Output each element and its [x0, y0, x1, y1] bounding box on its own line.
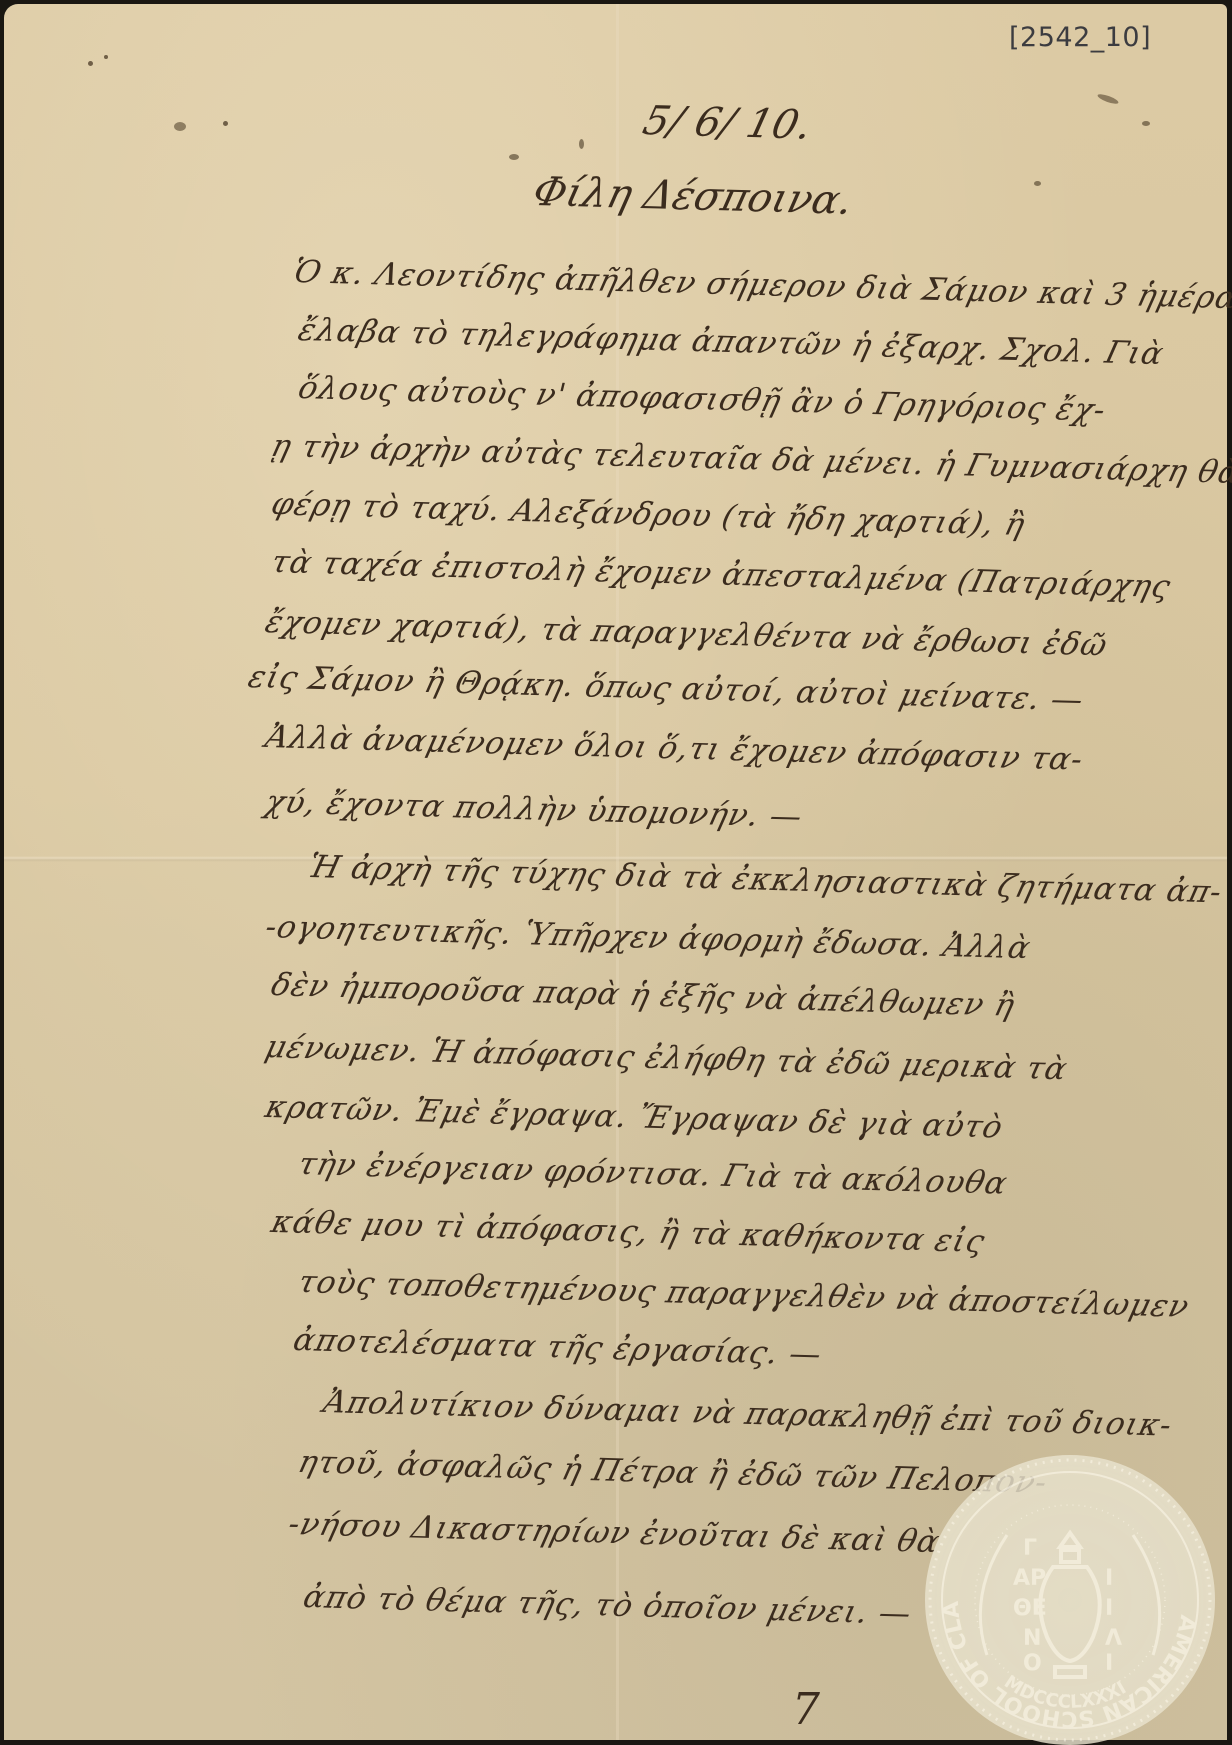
body-line: ἔχομεν χαρτιά), τὰ παραγγελθέντα νὰ ἔρθω… [262, 604, 1112, 663]
body-line: Ἀπολυτίκιον δύναμαι νὰ παρακληθῇ ἐπὶ τοῦ… [320, 1384, 1176, 1443]
body-line: τοὺς τοποθετημένους παραγγελθὲν νὰ ἀποστ… [295, 1264, 1193, 1325]
body-line: Ἀλλὰ ἀναμένομεν ὅλοι ὅ,τι ἔχομεν ἀπόφασι… [262, 719, 1088, 778]
body-line: κρατῶν. Ἐμὲ ἔγραψα. Ἔγραψαν δὲ γιὰ αὐτὸ [262, 1089, 1007, 1145]
ink-stain [579, 139, 584, 149]
watermark-seal: AMERICAN SCHOOL OF CLASSICAL STUDIES AT … [925, 1455, 1215, 1745]
body-line: -ογοητευτικῆς. Ὑπῆρχεν ἀφορμὴ ἔδωσα. Ἀλλ… [262, 909, 1035, 966]
body-line: Ὁ κ. Λεοντίδης ἀπῆλθεν σήμερον διὰ Σάμον… [290, 254, 1232, 317]
body-line: ῃ τὴν ἀρχὴν αὐτὰς τελευταῖα δὰ μένει. ἡ … [268, 428, 1232, 491]
svg-text:Ι: Ι [1105, 1596, 1113, 1621]
ink-stain [174, 122, 186, 131]
ink-speck [1034, 181, 1041, 186]
archive-number: [2542_10] [1009, 22, 1151, 53]
ink-stain [509, 154, 519, 160]
svg-text:Ν: Ν [1023, 1626, 1041, 1651]
body-line: μένωμεν. Ἡ ἀπόφασις ἐλήφθη τὰ ἐδῶ μερικὰ… [262, 1029, 1072, 1087]
body-line: τὴν ἐνέργειαν φρόντισα. Γιὰ τὰ ακόλουθα [295, 1146, 1012, 1202]
salutation: Φίλη Δέσποινα. [528, 169, 857, 224]
svg-text:Ι: Ι [1105, 1651, 1113, 1676]
ink-speck [223, 121, 228, 126]
body-line: δὲν ἠμποροῦσα παρὰ ἡ ἐξῆς νὰ ἀπέλθωμεν ἢ [268, 967, 1019, 1024]
body-line: φέρῃ τὸ ταχύ. Αλεξάνδρου (τὰ ἤδη χαρτιά)… [268, 486, 1029, 543]
body-line: εἰς Σάμον ἢ Θρᾴκη. ὅπως αὐτοί, αὐτοὶ μεί… [245, 659, 1088, 718]
body-line: ἔλαβα τὸ τηλεγράφημα ἀπαντῶν ἡ ἐξαρχ. Σχ… [295, 312, 1168, 372]
ink-stain [1097, 92, 1120, 105]
svg-text:Λ: Λ [1105, 1626, 1122, 1651]
body-line: χύ, ἔχοντα πολλὴν ὑπομονήν. — [262, 784, 807, 835]
seal-emblem-icon: AMERICAN SCHOOL OF CLASSICAL STUDIES AT … [925, 1455, 1215, 1745]
body-line: τὰ ταχέα ἐπιστολὴ ἔχομεν ἀπεσταλμένα (Πα… [268, 544, 1175, 605]
svg-text:ΘΕ: ΘΕ [1013, 1596, 1047, 1621]
body-line: ἀποτελέσματα τῆς ἐργασίας. — [290, 1322, 826, 1373]
ink-speck [104, 55, 108, 59]
page-number: 7 [792, 1684, 820, 1735]
ink-speck [88, 61, 93, 66]
body-line: ἀπὸ τὸ θέμα τῆς, τὸ ὁποῖον μένει. — [300, 1579, 916, 1632]
svg-text:Ο: Ο [1023, 1651, 1042, 1676]
body-line: ὅλους αὐτοὺς ν' ἀποφασισθῇ ἂν ὁ Γρηγόριο… [295, 370, 1110, 428]
svg-text:Ι: Ι [1105, 1566, 1113, 1591]
body-line: κάθε μου τὶ ἀπόφασις, ἢ τὰ καθήκοντα εἰς [268, 1204, 989, 1260]
body-line: -νήσου Δικαστηρίων ἐνοῦται δὲ καὶ θὰ [285, 1506, 944, 1560]
letter-date: 5/ 6/ 10. [638, 98, 816, 148]
svg-text:Γ: Γ [1023, 1536, 1037, 1561]
svg-text:ΑΡ: ΑΡ [1013, 1566, 1046, 1591]
ink-speck [1142, 121, 1150, 126]
